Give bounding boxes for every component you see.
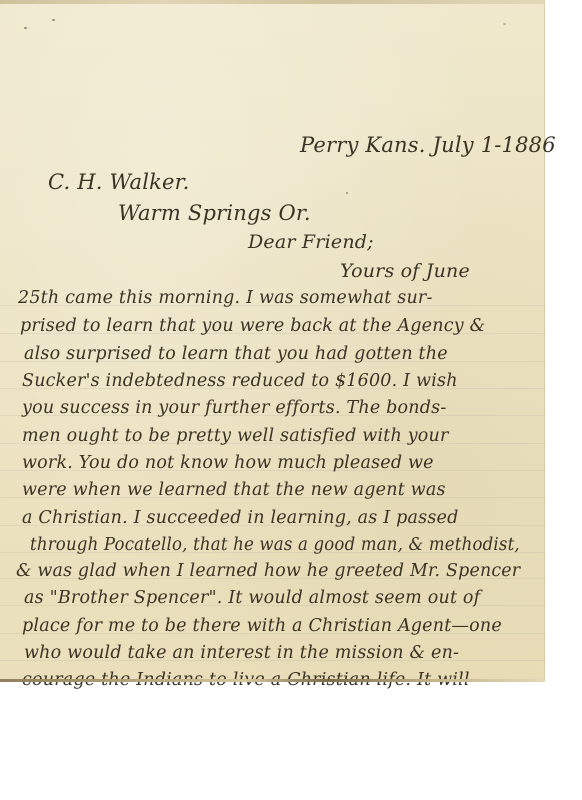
body-line: work. You do not know how much pleased w… [22, 455, 434, 473]
body-line: as "Brother Spencer". It would almost se… [24, 590, 480, 608]
letter-dateline: Perry Kans. July 1-1886 [300, 135, 556, 156]
body-line: & was glad when I learned how he greeted… [16, 563, 520, 581]
paper-top-edge [0, 0, 545, 4]
body-line: you success in your further efforts. The… [22, 400, 446, 418]
body-line: also surprised to learn that you had got… [24, 346, 448, 364]
paper-speck [346, 192, 348, 194]
body-line: place for me to be there with a Christia… [22, 618, 502, 636]
body-line: a Christian. I succeeded in learning, as… [22, 510, 458, 528]
recipient-name: C. H. Walker. [48, 172, 190, 193]
paper-bottom-edge [0, 679, 545, 682]
letter-scan: Perry Kans. July 1-1886 C. H. Walker. Wa… [0, 0, 582, 800]
body-line: 25th came this morning. I was somewhat s… [18, 290, 433, 308]
body-line: men ought to be pretty well satisfied wi… [22, 428, 449, 446]
paper-speck [52, 19, 55, 21]
body-line: were when we learned that the new agent … [22, 482, 446, 500]
letter-page: Perry Kans. July 1-1886 C. H. Walker. Wa… [0, 0, 545, 682]
body-line: Sucker's indebtedness reduced to $1600. … [22, 373, 458, 391]
recipient-location: Warm Springs Or. [118, 203, 311, 224]
paper-speck [503, 23, 506, 25]
paper-speck [24, 27, 27, 29]
letter-opening: Yours of June [340, 262, 470, 281]
body-line: who would take an interest in the missio… [24, 645, 459, 663]
body-line: through Pocatello, that he was a good ma… [30, 537, 520, 555]
salutation: Dear Friend; [248, 233, 374, 252]
body-line: prised to learn that you were back at th… [20, 318, 485, 336]
